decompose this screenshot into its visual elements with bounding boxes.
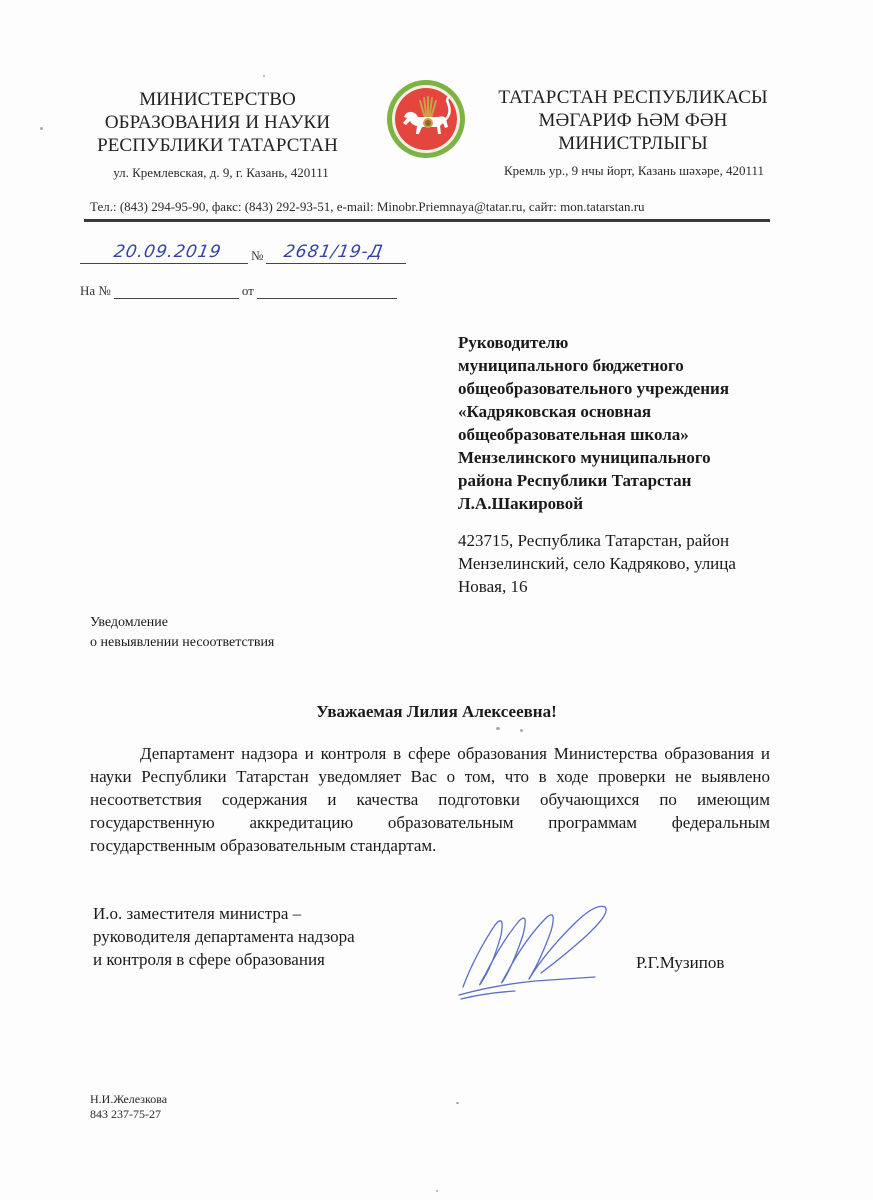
ministry-name-line: МИНИСТЕРСТВО	[80, 88, 355, 111]
ref-number-label: На №	[80, 283, 114, 299]
executor-name: Н.И.Железкова	[90, 1092, 167, 1107]
signer-position: И.о. заместителя министра – руководителя…	[93, 902, 355, 971]
handwritten-number: 2681/19-Д	[283, 242, 386, 262]
addressee-line: «Кадряковская основная	[458, 400, 818, 423]
scan-speck	[436, 1190, 438, 1192]
ministry-address-tatar: Кремль ур., 9 нчы йорт, Казань шәхәре, 4…	[488, 163, 780, 179]
addressee-line: общеобразовательного учреждения	[458, 377, 818, 400]
postal-line: 423715, Республика Татарстан, район	[458, 529, 798, 552]
ministry-address-russian: ул. Кремлевская, д. 9, г. Казань, 420111	[90, 165, 352, 181]
scan-speck	[520, 729, 523, 732]
postal-line: Новая, 16	[458, 575, 798, 598]
outgoing-registration: 20.09.2019 № 2681/19-Д	[80, 243, 406, 264]
signer-name: Р.Г.Музипов	[636, 953, 724, 973]
number-field: 2681/19-Д	[266, 243, 406, 264]
date-field: 20.09.2019	[80, 243, 248, 264]
subject-line: Уведомление	[90, 613, 274, 633]
salutation: Уважаемая Лилия Алексеевна!	[0, 702, 873, 722]
ministry-name-line: ОБРАЗОВАНИЯ И НАУКИ	[80, 111, 355, 134]
scan-speck	[263, 75, 265, 77]
addressee-line: Л.А.Шакировой	[458, 492, 818, 515]
signer-position-line: и контроля в сфере образования	[93, 948, 355, 971]
ministry-name-line: ТАТАРСТАН РЕСПУБЛИКАСЫ	[478, 86, 788, 109]
executor-phone: 843 237-75-27	[90, 1107, 167, 1122]
signer-position-line: руководителя департамента надзора	[93, 925, 355, 948]
subject-line: о невыявлении несоответствия	[90, 633, 274, 653]
letterhead-divider	[84, 219, 770, 222]
executor-info: Н.И.Железкова 843 237-75-27	[90, 1092, 167, 1122]
ministry-name-line: РЕСПУБЛИКИ ТАТАРСТАН	[80, 134, 355, 157]
ministry-name-line: МИНИСТРЛЫГЫ	[478, 132, 788, 155]
tatarstan-coat-of-arms-icon	[386, 79, 466, 159]
addressee-block: Руководителю муниципального бюджетного о…	[458, 331, 818, 515]
ministry-name-russian: МИНИСТЕРСТВО ОБРАЗОВАНИЯ И НАУКИ РЕСПУБЛ…	[80, 88, 355, 157]
scan-speck	[496, 727, 500, 730]
letter-subject: Уведомление о невыявлении несоответствия	[90, 613, 274, 653]
incoming-reference: На №от	[80, 283, 397, 299]
handwritten-signature-icon	[455, 895, 615, 1005]
addressee-line: Руководителю	[458, 331, 818, 354]
scan-speck	[40, 127, 43, 130]
addressee-line: муниципального бюджетного	[458, 354, 818, 377]
postal-line: Мензелинский, село Кадряково, улица	[458, 552, 798, 575]
letter-body: Департамент надзора и контроля в сфере о…	[90, 742, 770, 857]
ministry-name-line: МӘГАРИФ ҺӘМ ФӘН	[478, 109, 788, 132]
postal-address: 423715, Республика Татарстан, район Менз…	[458, 529, 798, 598]
addressee-line: района Республики Татарстан	[458, 469, 818, 492]
addressee-line: Мензелинского муниципального	[458, 446, 818, 469]
addressee-line: общеобразовательная школа»	[458, 423, 818, 446]
handwritten-date: 20.09.2019	[112, 242, 223, 262]
ref-date-field	[257, 284, 397, 299]
ministry-name-tatar: ТАТАРСТАН РЕСПУБЛИКАСЫ МӘГАРИФ ҺӘМ ФӘН М…	[478, 86, 788, 155]
contact-line: Тел.: (843) 294-95-90, факс: (843) 292-9…	[90, 199, 790, 215]
ref-from-label: от	[239, 283, 257, 299]
scan-speck	[456, 1102, 459, 1104]
signer-position-line: И.о. заместителя министра –	[93, 902, 355, 925]
ref-number-field	[114, 284, 239, 299]
number-label: №	[248, 248, 266, 264]
